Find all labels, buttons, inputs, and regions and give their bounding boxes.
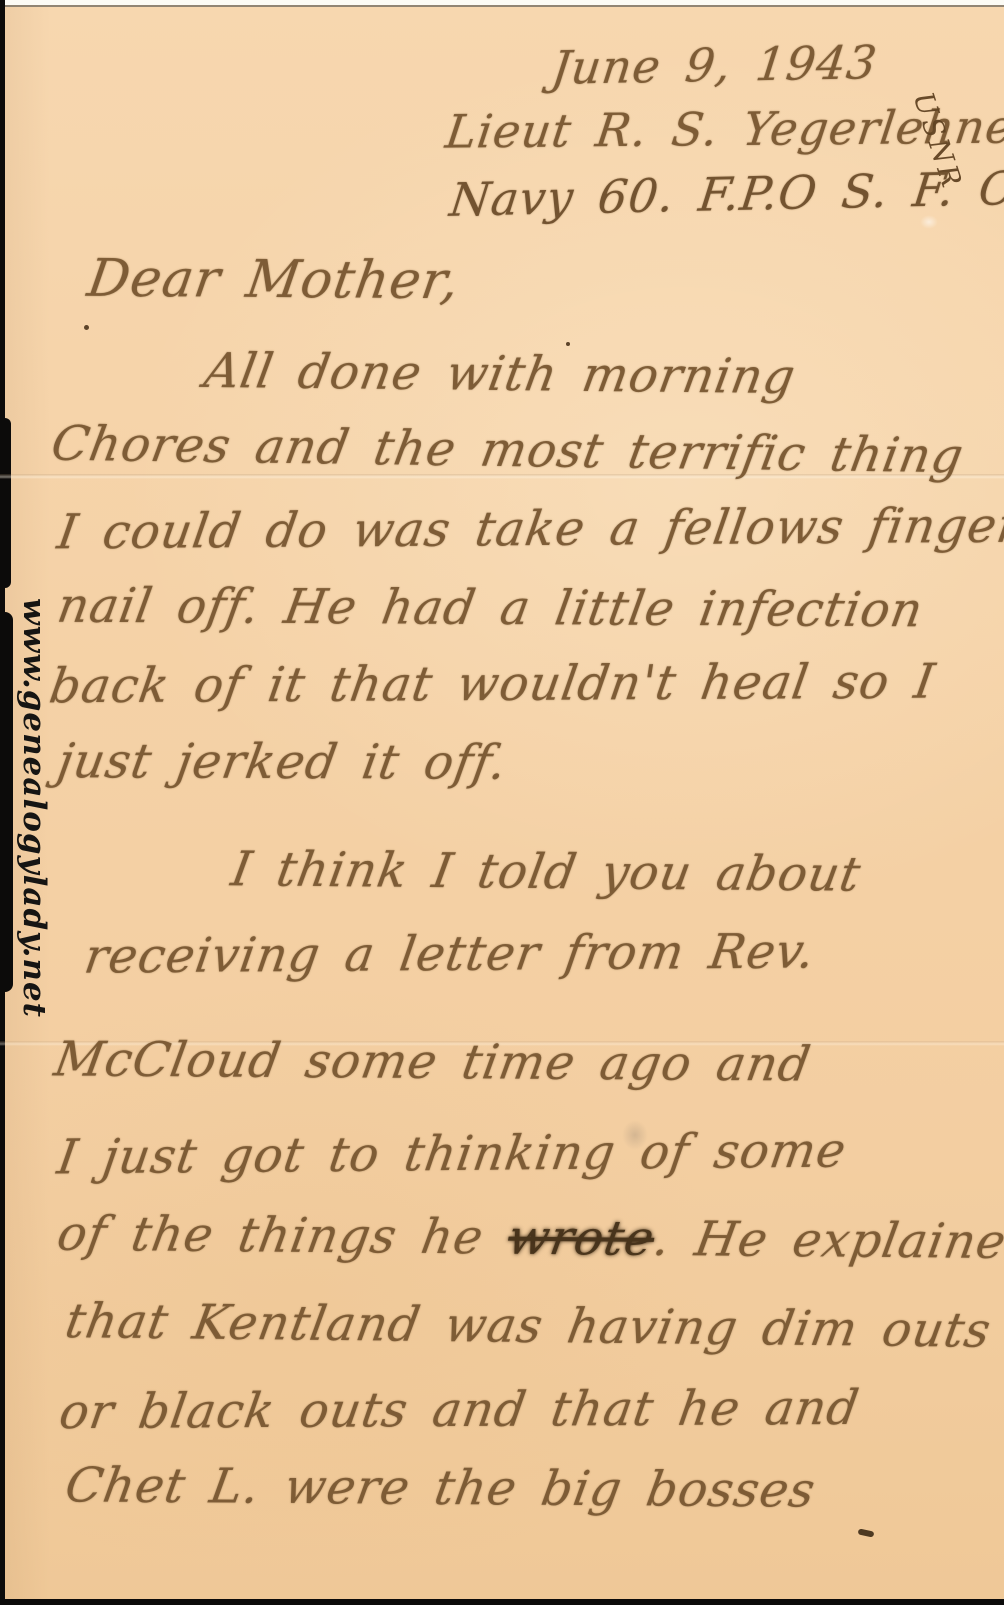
line-text: of the things he bbox=[53, 1206, 513, 1266]
scan-edge-left-shadow bbox=[0, 612, 13, 992]
watermark-url: www.genealogylady.net bbox=[16, 598, 52, 1018]
handwriting-line: that Kentland was having dim outs bbox=[62, 1295, 995, 1357]
handwriting-line: I could do was take a fellows finger bbox=[54, 500, 1004, 560]
handwriting-line: Chores and the most terrific thing bbox=[47, 418, 967, 483]
handwriting-line: I think I told you about bbox=[228, 843, 865, 901]
handwriting-line: All done with morning bbox=[201, 345, 800, 404]
handwriting-line: I just got to thinking of some bbox=[54, 1125, 850, 1185]
letter-scan: www.genealogylady.net June 9, 1943 Lieut… bbox=[0, 0, 1004, 1605]
scan-edge-top-line bbox=[0, 5, 1004, 7]
overwritten-word: wrote bbox=[504, 1210, 659, 1267]
handwriting-line: McCloud some time ago and bbox=[51, 1033, 815, 1091]
scan-edge-left-shadow bbox=[0, 418, 11, 588]
letter-date: June 9, 1943 bbox=[549, 37, 880, 93]
sender-address: Navy 60. F.P.O S. F. Calif. bbox=[447, 161, 1004, 225]
salutation: Dear Mother, bbox=[84, 251, 464, 311]
handwriting-line: back of it that wouldn't heal so I bbox=[46, 656, 939, 713]
handwriting-line: or black outs and that he and bbox=[56, 1382, 863, 1439]
handwriting-line-with-correction: of the things he wrote. He explained bbox=[54, 1208, 1004, 1269]
handwriting-line: just jerked it off. bbox=[54, 735, 511, 789]
paper-stain bbox=[920, 215, 938, 229]
handwriting-line: receiving a letter from Rev. bbox=[81, 925, 819, 983]
ink-speck bbox=[566, 342, 570, 346]
line-text: . He explained bbox=[649, 1211, 1004, 1270]
handwriting-line: Chet L. were the big bosses bbox=[62, 1459, 820, 1517]
ink-speck bbox=[84, 325, 89, 330]
handwriting-line: nail off. He had a little infection bbox=[54, 580, 927, 637]
scan-edge-bottom bbox=[0, 1599, 1004, 1605]
ink-speck bbox=[858, 1528, 875, 1537]
